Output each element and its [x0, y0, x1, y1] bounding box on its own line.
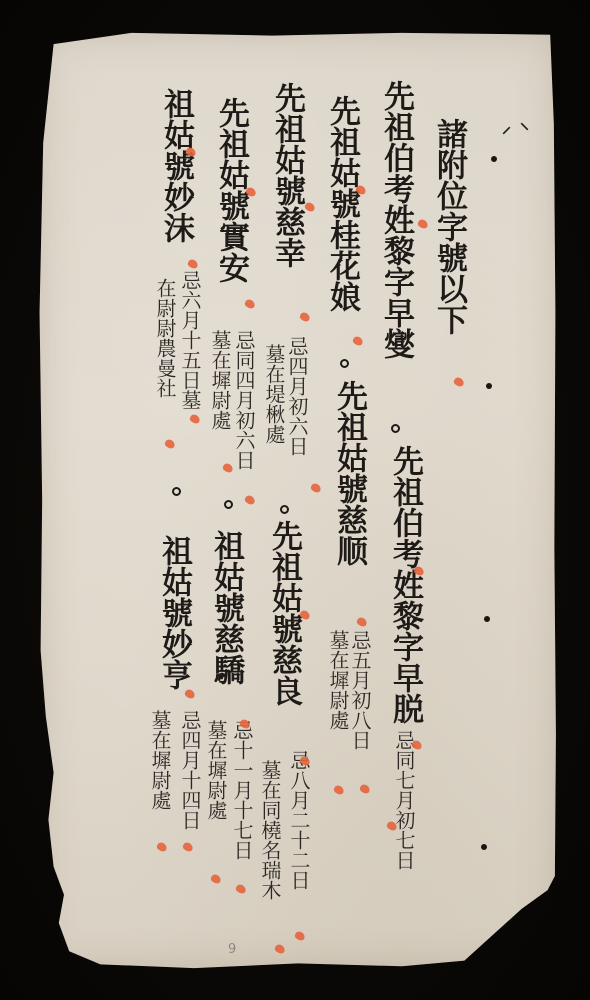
entry-column-3-lower: 先祖姑號慈良	[265, 520, 302, 706]
entry-column-4-upper: 先祖姑號實安	[212, 97, 249, 283]
separator-circle	[224, 500, 233, 509]
pencil-page-number: 9	[228, 942, 236, 957]
entry-main-text: 先祖姑號慈顺	[330, 380, 367, 566]
photo-background: 諸附位字號以下 ⸍ ⸌ 先祖伯考姓黎字早燮 先祖伯考姓黎字早脱 忌同七月初七日 …	[0, 0, 590, 1000]
separator-circle	[280, 505, 289, 514]
entry-note-grave: 墓在墀尉處	[204, 720, 227, 820]
entry-main-text: 先祖姑號慈良	[265, 520, 302, 706]
entry-note-grave: 墓在堤楸處	[262, 344, 285, 444]
entry-column-1-upper: 先祖伯考姓黎字早燮	[377, 80, 414, 359]
ink-dot	[491, 156, 497, 162]
entry-note-date: 忌五月初八日	[348, 630, 371, 750]
entry-note-date: 忌八月二十二日	[287, 750, 310, 890]
entry-main-text: 先祖伯考姓黎字早脱	[386, 445, 423, 724]
entry-note-grave: 墓在同橈名瑞木	[258, 760, 281, 900]
ink-dot	[486, 383, 492, 389]
separator-circle	[172, 487, 181, 496]
entry-note-date: 忌同七月初七日	[392, 730, 415, 870]
separator-circle	[340, 359, 349, 368]
entry-note-grave: 墓在墀尉處	[208, 330, 231, 430]
entry-main-text: 先祖姑號慈幸	[268, 82, 305, 268]
entry-main-text: 先祖姑號實安	[212, 97, 249, 283]
entry-note-date: 忌六月十五日墓	[178, 270, 201, 410]
entry-note-grave: 在尉尉農曼社	[153, 278, 176, 398]
separator-circle	[391, 424, 400, 433]
entry-main-text: 先祖伯考姓黎字早燮	[377, 80, 414, 359]
entry-column-1-lower: 先祖伯考姓黎字早脱	[386, 445, 423, 724]
entry-note-grave: 墓在墀尉處	[148, 710, 171, 810]
entry-column-2-upper: 先祖姑號桂花娘	[323, 95, 360, 312]
entry-column-5-upper: 祖姑號妙沫	[157, 88, 194, 243]
entry-main-text: 祖姑號妙沫	[157, 88, 194, 243]
ink-tick-mark: ⸍	[502, 122, 511, 146]
entry-main-text: 祖姑號慈驕	[207, 530, 244, 685]
entry-note-date: 忌四月十四日	[178, 710, 201, 830]
entry-column-2-lower: 先祖姑號慈顺	[330, 380, 367, 566]
ink-dot	[481, 844, 487, 850]
entry-note-date: 忌四月初六日	[285, 336, 308, 456]
entry-column-4-lower: 祖姑號慈驕	[207, 530, 244, 685]
header-column: 諸附位字號以下	[430, 118, 467, 335]
ink-tick-mark: ⸌	[520, 118, 529, 142]
entry-note-grave: 墓在墀尉處	[326, 630, 349, 730]
entry-note-date: 忌同四月初六日	[232, 330, 255, 470]
header-text: 諸附位字號以下	[430, 118, 467, 335]
entry-note-date: 忌十一月十七日	[230, 720, 253, 860]
entry-main-text: 先祖姑號桂花娘	[323, 95, 360, 312]
entry-column-3-upper: 先祖姑號慈幸	[268, 82, 305, 268]
entry-column-5-lower: 祖姑號妙亨	[155, 535, 192, 690]
ink-dot	[484, 616, 490, 622]
entry-main-text: 祖姑號妙亨	[155, 535, 192, 690]
